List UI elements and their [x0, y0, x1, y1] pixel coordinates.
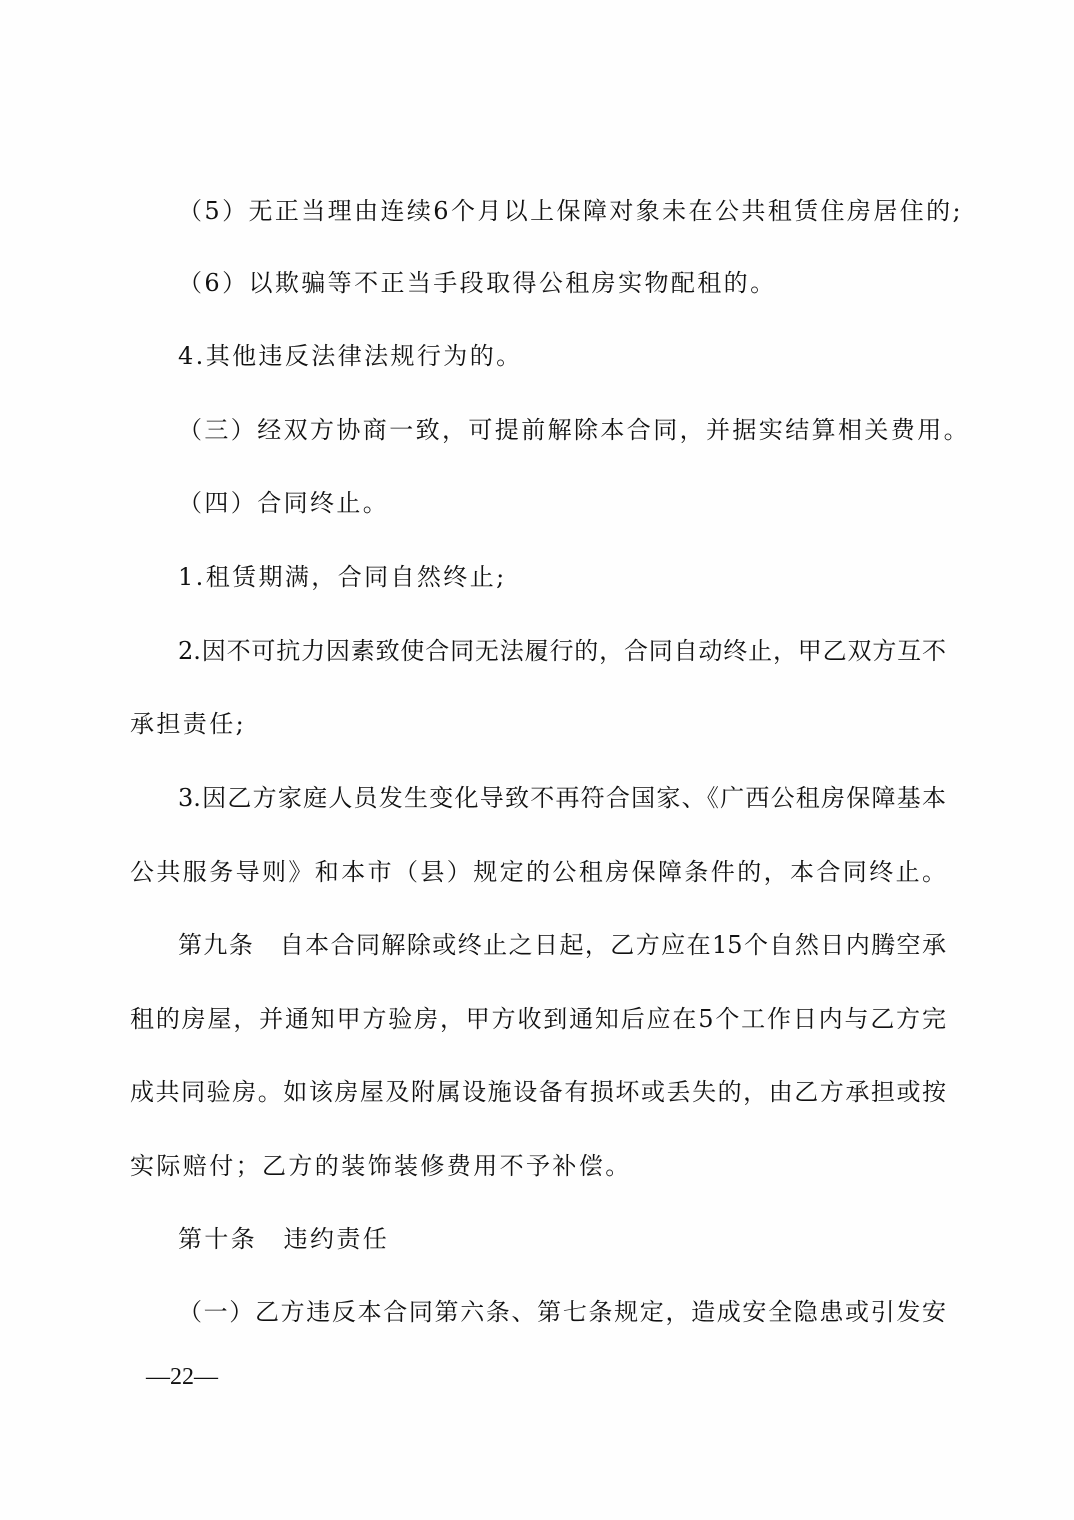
article-9-cont-2: 成共同验房。如该房屋及附属设施设备有损坏或丢失的，由乙方承担或按: [130, 1077, 946, 1107]
termination-item-2-cont: 承担责任;: [130, 709, 946, 739]
section-3: （三）经双方协商一致，可提前解除本合同，并据实结算相关费用。: [178, 415, 994, 445]
section-4-heading: （四）合同终止。: [178, 488, 994, 518]
article-10-clause-1: （一）乙方违反本合同第六条、第七条规定，造成安全隐患或引发安: [178, 1297, 946, 1327]
article-9-cont-1: 租的房屋，并通知甲方验房，甲方收到通知后应在5个工作日内与乙方完: [130, 1004, 946, 1034]
termination-item-3: 3.因乙方家庭人员发生变化导致不再符合国家、《广西公租房保障基本: [178, 783, 946, 813]
item-4: 4.其他违反法律法规行为的。: [178, 341, 946, 371]
article-9-cont-3: 实际赔付；乙方的装饰装修费用不予补偿。: [130, 1151, 946, 1181]
article-9: 第九条 自本合同解除或终止之日起，乙方应在15个自然日内腾空承: [178, 930, 946, 960]
document-page: （5）无正当理由连续6个月以上保障对象未在公共租赁住房居住的; （6）以欺骗等不…: [0, 0, 1074, 1520]
termination-item-2: 2.因不可抗力因素致使合同无法履行的，合同自动终止，甲乙双方互不: [178, 636, 946, 666]
termination-item-3-cont: 公共服务导则》和本市（县）规定的公租房保障条件的，本合同终止。: [130, 857, 946, 887]
termination-item-1: 1.租赁期满，合同自然终止;: [178, 562, 946, 592]
clause-5: （5）无正当理由连续6个月以上保障对象未在公共租赁住房居住的;: [178, 196, 994, 226]
page-number: —22—: [146, 1362, 218, 1392]
clause-6: （6）以欺骗等不正当手段取得公租房实物配租的。: [178, 268, 994, 298]
article-10-heading: 第十条 违约责任: [178, 1224, 946, 1254]
